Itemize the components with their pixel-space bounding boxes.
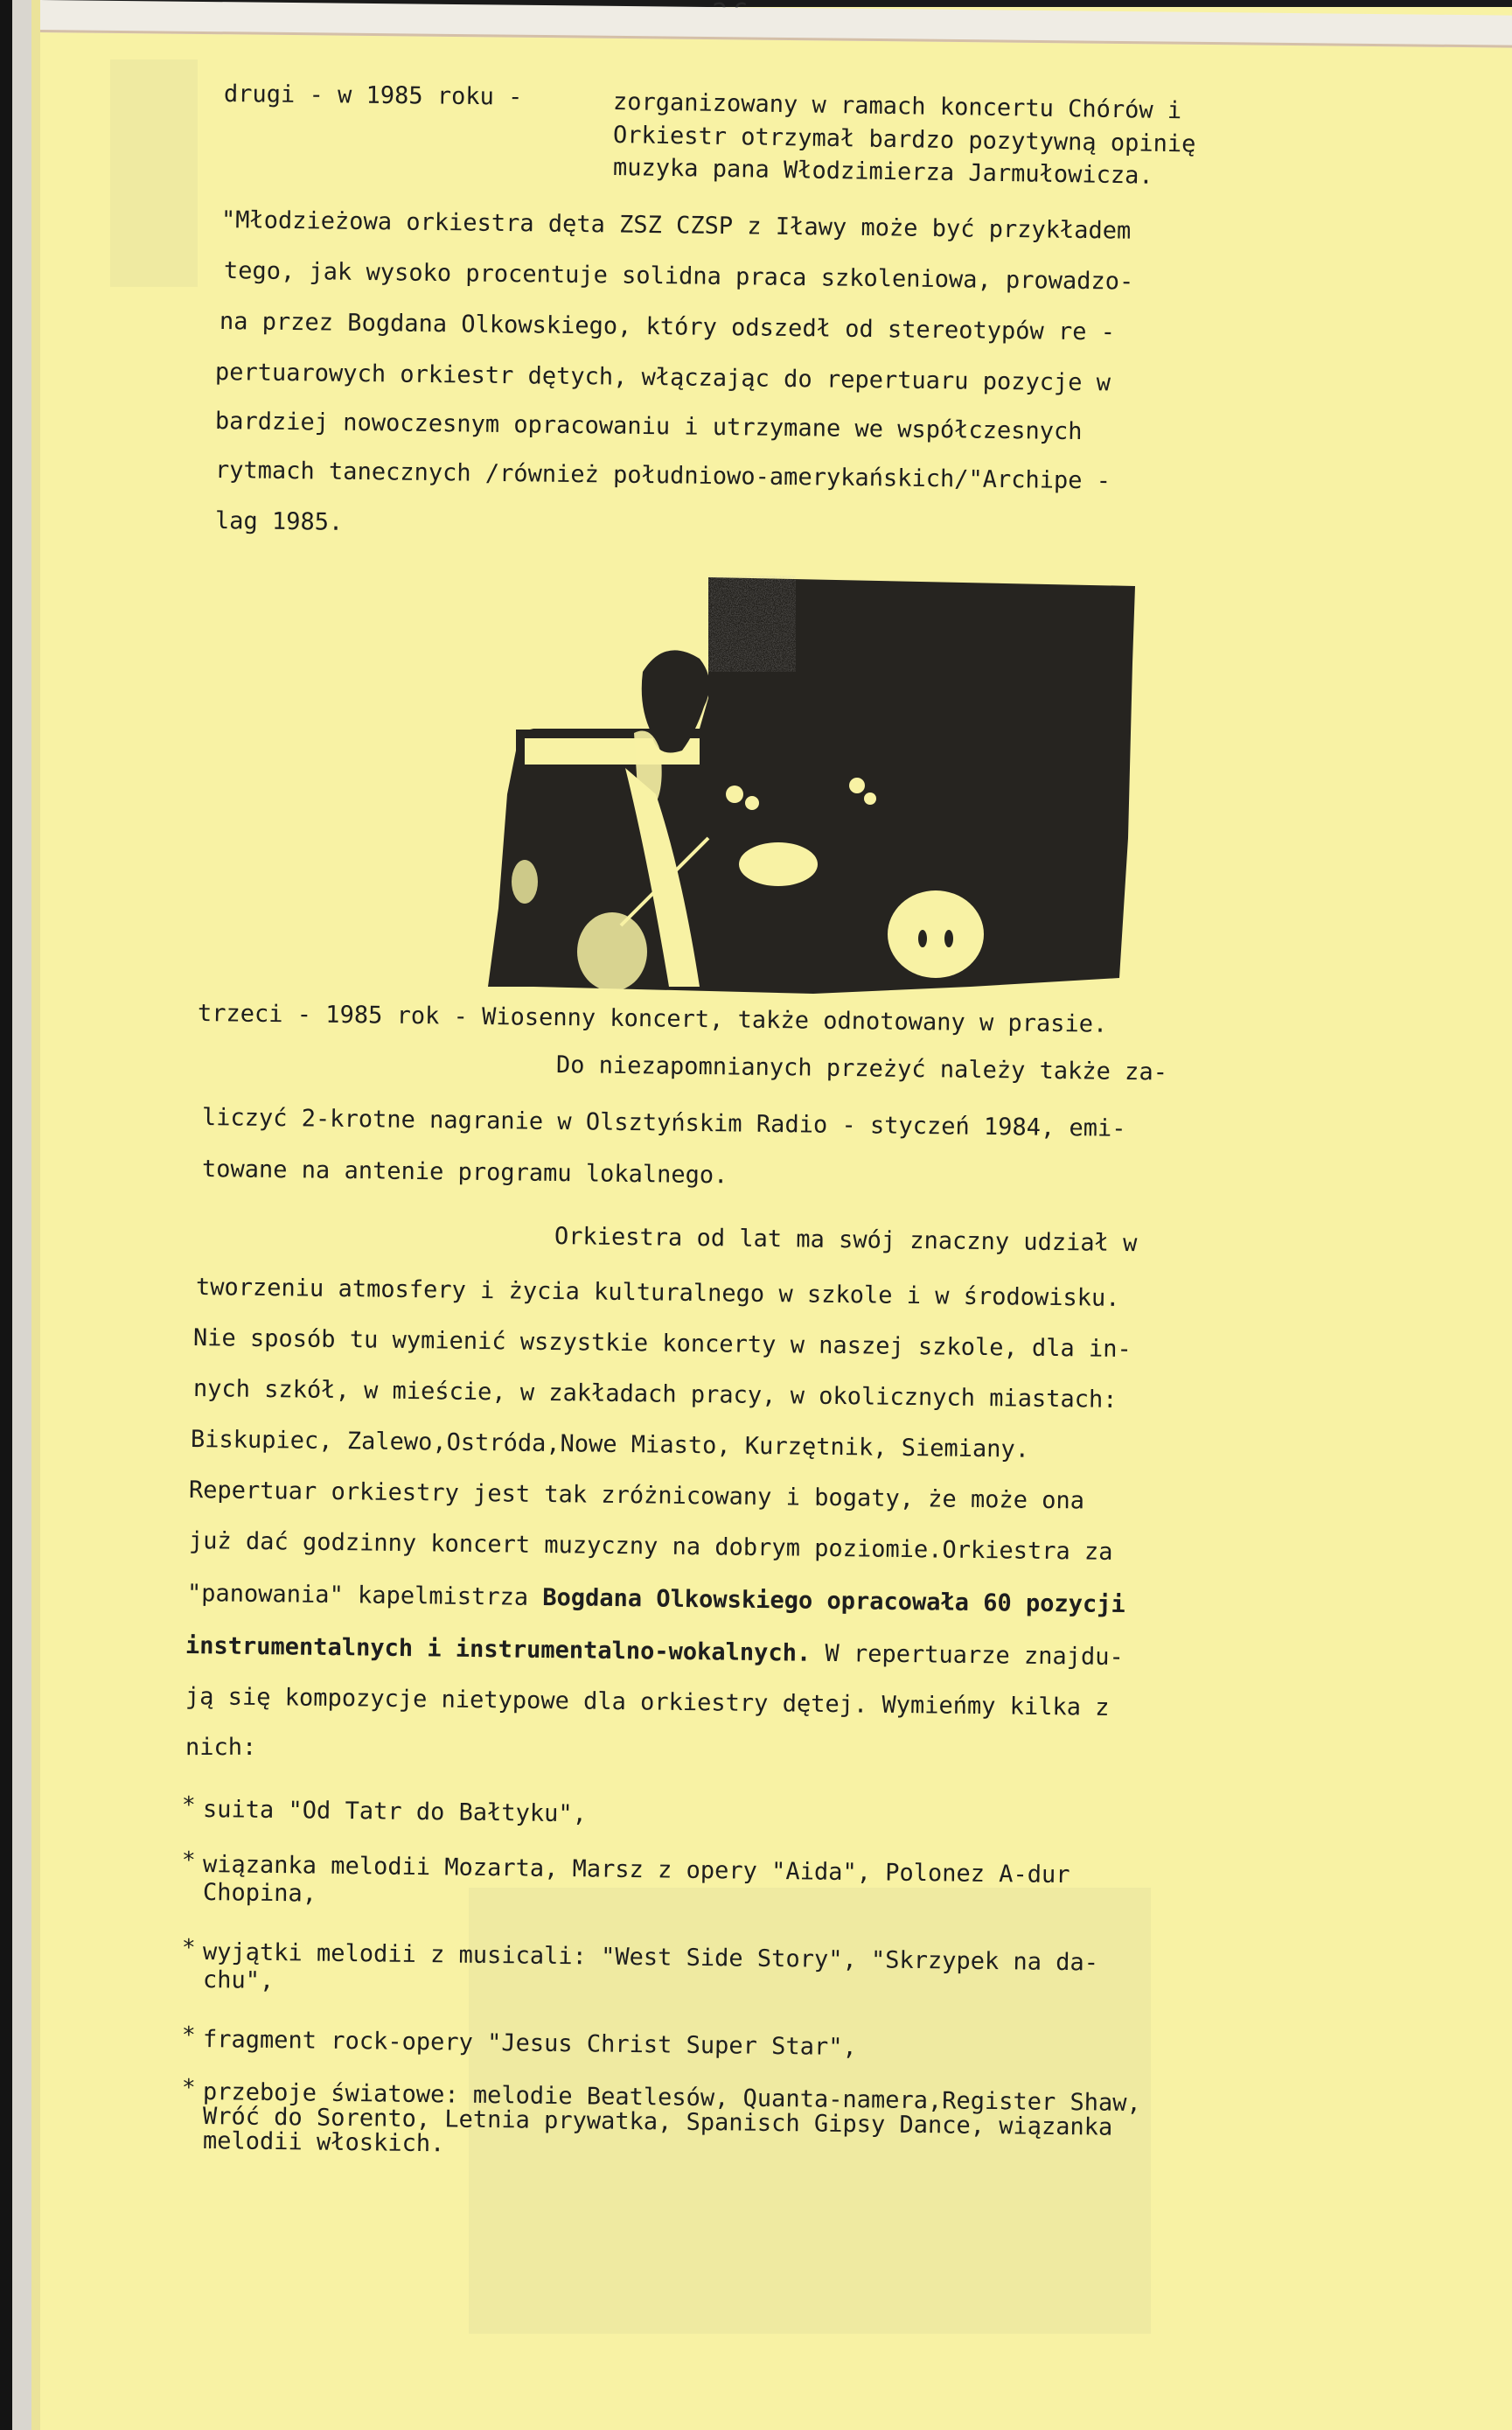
quote-line-3: na przez Bogdana Olkowskiego, który odsz… [219, 310, 1115, 345]
document-page: - 26 - drugi - w 1985 roku - zorganizowa… [40, 7, 1512, 2430]
instrumentalnych-line: instrumentalnych i instrumentalno-wokaln… [185, 1634, 1124, 1669]
repertoire-item-line: melodii włoskich. [203, 2129, 445, 2155]
conductor-photo [481, 576, 1137, 995]
quote-line-5: bardziej nowoczesnym opracowaniu i utrzy… [215, 409, 1083, 443]
quote-line-4: pertuarowych orkiestr dętych, włączając … [215, 360, 1111, 395]
trzeci-line-4: towane na antenie programu lokalnego. [202, 1157, 728, 1187]
instrumentalnych-rest: W repertuarze znajdu- [811, 1640, 1124, 1671]
repertoire-item-line: Chopina, [203, 1881, 317, 1906]
trzeci-line-3: liczyć 2-krotne nagranie w Olsztyńskim R… [202, 1106, 1126, 1141]
repertoire-item-line: fragment rock-opery "Jesus Christ Super … [203, 2028, 857, 2059]
quote-line-1: "Młodzieżowa orkiestra dęta ZSZ CZSP z I… [221, 208, 1132, 243]
repertoire-item-line: suita "Od Tatr do Bałtyku", [203, 1798, 587, 1826]
panowania-bold: Bogdana Olkowskiego opracowała 60 pozycj… [542, 1584, 1125, 1618]
repertoire-item-line: wiązanka melodii Mozarta, Marsz z opery … [203, 1853, 1070, 1887]
orkiestra-line-7: już dać godzinny koncert muzyczny na dob… [189, 1529, 1113, 1564]
orkiestra-line-6: Repertuar orkiestry jest tak zróżnicowan… [189, 1478, 1084, 1513]
orkiestra-line-3: Nie sposób tu wymienić wszystkie koncert… [193, 1326, 1132, 1361]
orkiestra-line-2: tworzeniu atmosfery i życia kulturalnego… [196, 1275, 1120, 1310]
orkiestra-line-1: Orkiestra od lat ma swój znaczny udział … [554, 1225, 1138, 1255]
quote-line-6: rytmach tanecznych /również południowo-a… [215, 458, 1111, 493]
repertoire-item-line: chu", [203, 1968, 275, 1993]
drugi-heading: drugi - w 1985 roku - [224, 82, 523, 109]
panowania-line: "panowania" kapelmistrza Bogdana Olkowsk… [187, 1582, 1125, 1617]
drugi-line-1: zorganizowany w ramach koncertu Chórów i [613, 90, 1182, 122]
instrumentalnych-bold: instrumentalnych i instrumentalno-wokaln… [185, 1632, 812, 1667]
jasie-line-2: nich: [185, 1735, 256, 1759]
orkiestra-line-4: nych szkół, w mieście, w zakładach pracy… [193, 1377, 1118, 1412]
drugi-line-2: Orkiestr otrzymał bardzo pozytywną opini… [613, 123, 1196, 156]
trzeci-line-2: Do niezapomnianych przeżyć należy także … [556, 1053, 1167, 1085]
bullet-star-icon: * [182, 2075, 196, 2101]
bullet-star-icon: * [182, 2022, 196, 2049]
quote-line-2: tego, jak wysoko procentuje solidna prac… [224, 259, 1134, 294]
panowania-prefix: "panowania" kapelmistrza [187, 1580, 543, 1611]
scan-border-dark [0, 0, 12, 2430]
quote-line-7: lag 1985. [215, 509, 344, 534]
orkiestra-line-5: Biskupiec, Zalewo,Ostróda,Nowe Miasto, K… [191, 1428, 1029, 1462]
bullet-star-icon: * [182, 1935, 196, 1961]
drugi-line-3: muzyka pana Włodzimierza Jarmułowicza. [613, 156, 1153, 188]
bullet-star-icon: * [182, 1847, 196, 1874]
bleed-through-image-top [110, 59, 198, 287]
bullet-star-icon: * [182, 1792, 196, 1819]
scan-border-grey [12, 0, 31, 2430]
trzeci-line-1: trzeci - 1985 rok - Wiosenny koncert, ta… [198, 1002, 1108, 1037]
jasie-line-1: ją się kompozycje nietypowe dla orkiestr… [185, 1685, 1110, 1720]
